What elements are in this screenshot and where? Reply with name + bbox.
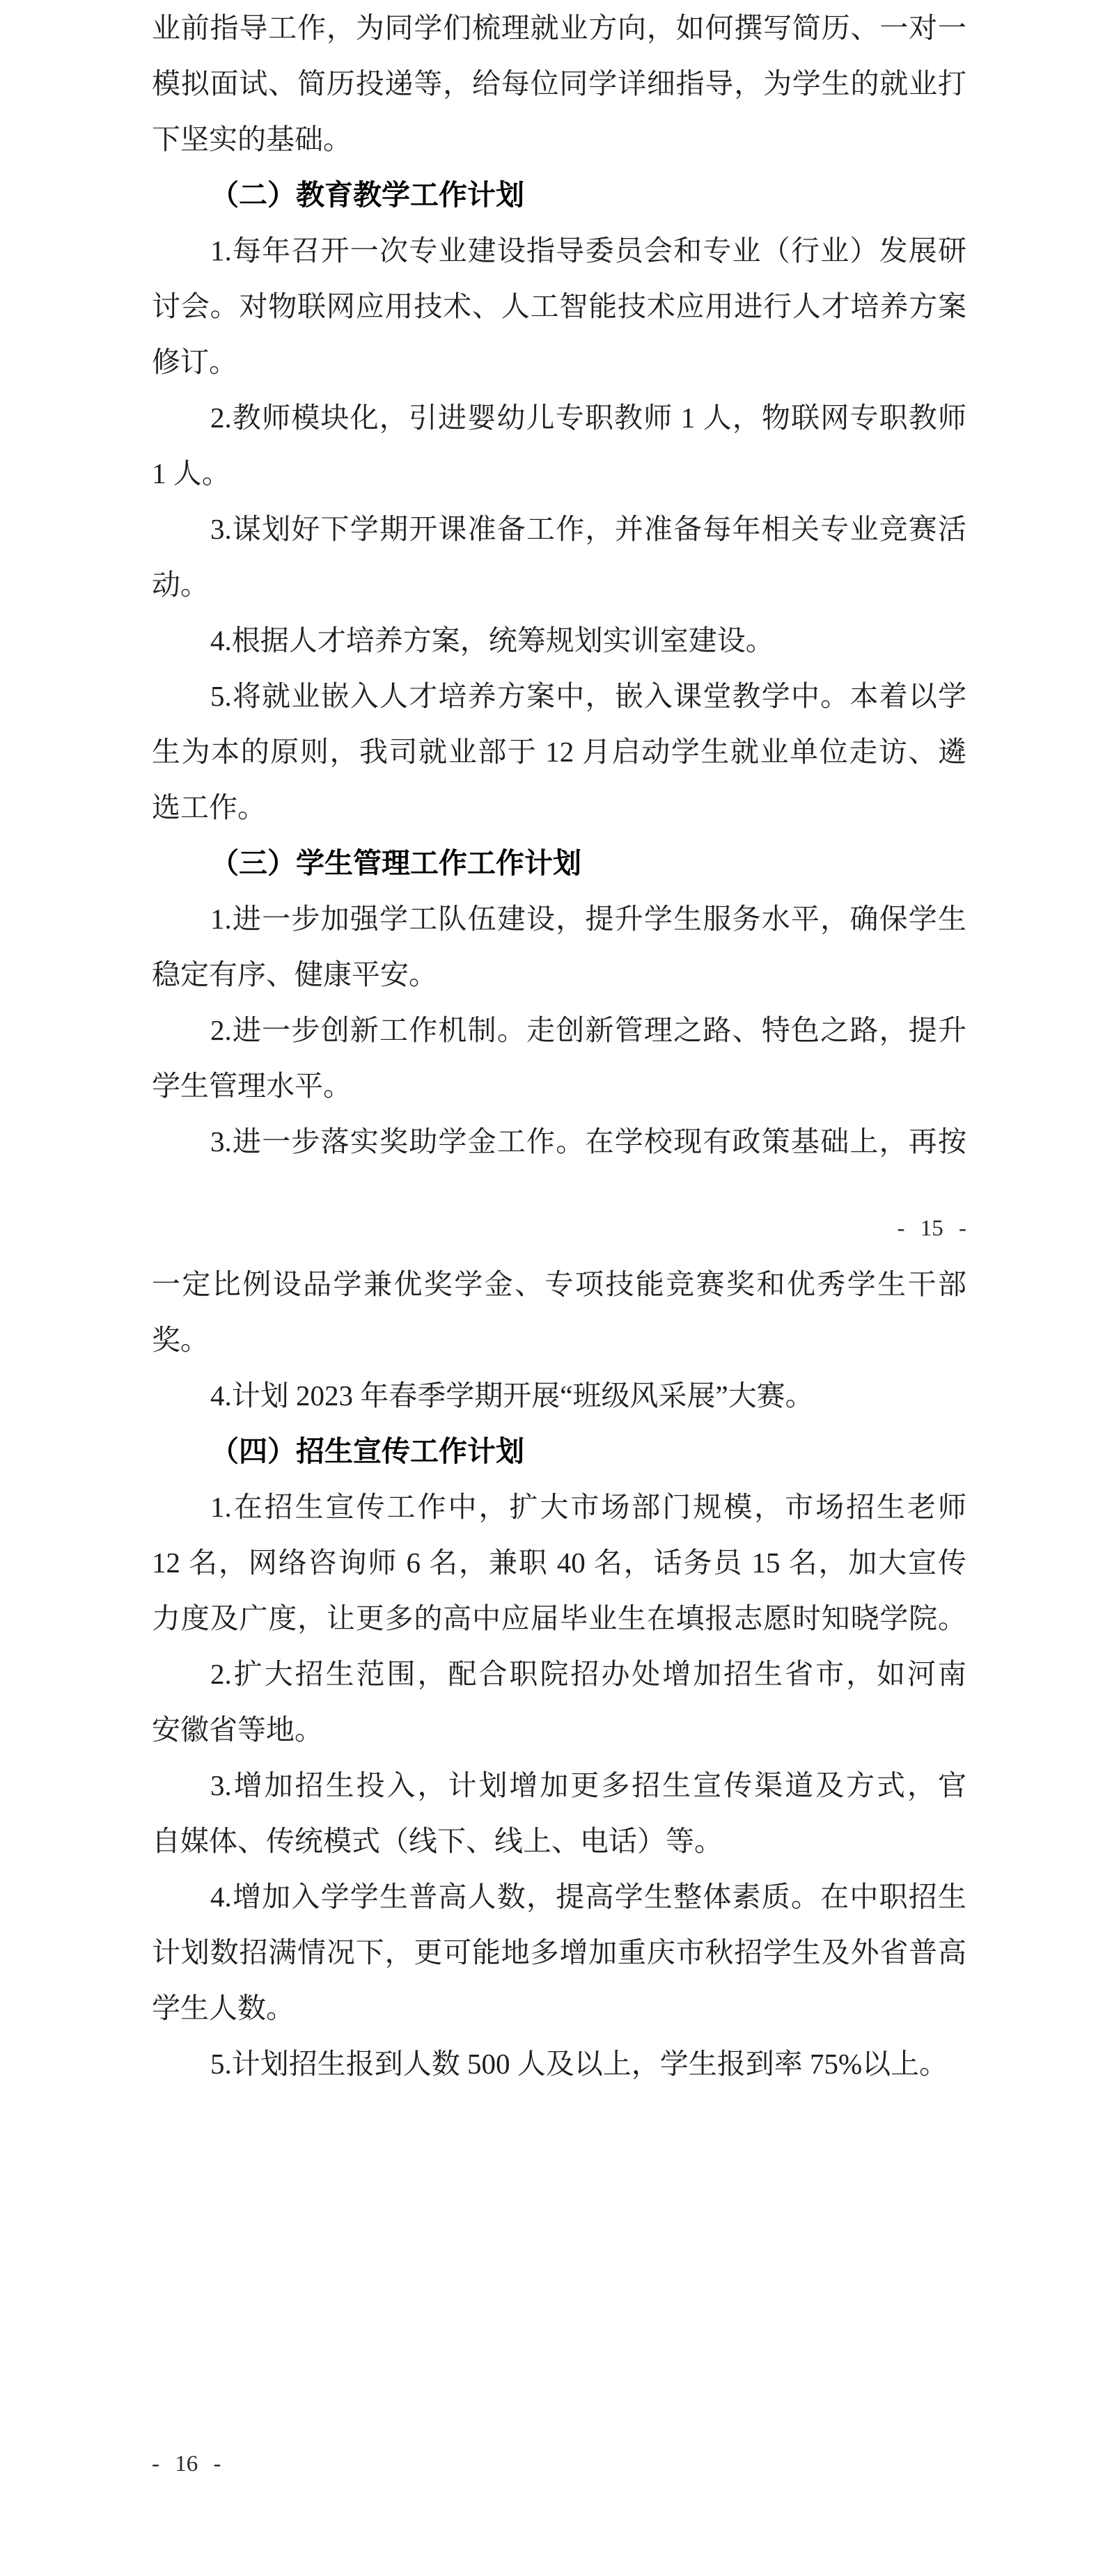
text-line: 2.扩大招生范围，配合职院招办处增加招生省市，如河南省、 [152, 1646, 966, 1702]
text-line: 业前指导工作，为同学们梳理就业方向，如何撰写简历、一对一 [152, 0, 966, 56]
text-line: 3.进一步落实奖助学金工作。在学校现有政策基础上，再按 [152, 1114, 966, 1169]
heading-education-teaching-plan: （二）教育教学工作计划 [152, 167, 966, 223]
text-line: 1.在招生宣传工作中，扩大市场部门规模，市场招生老师 [152, 1479, 966, 1535]
text-line: 修订。 [152, 334, 966, 390]
text-line: 4.增加入学学生普高人数，提高学生整体素质。在中职招生 [152, 1869, 966, 1925]
text-line: 讨会。对物联网应用技术、人工智能技术应用进行人才培养方案 [152, 278, 966, 334]
text-line: 4.计划 2023 年春季学期开展“班级风采展”大赛。 [152, 1368, 966, 1423]
text-line: 生为本的原则，我司就业部于 12 月启动学生就业单位走访、遴 [152, 724, 966, 780]
page-number-15: - 15 - [152, 1201, 966, 1256]
heading-enrollment-promotion-plan: （四）招生宣传工作计划 [152, 1423, 966, 1479]
text-line: 5.将就业嵌入人才培养方案中，嵌入课堂教学中。本着以学 [152, 668, 966, 724]
text-line: 一定比例设品学兼优奖学金、专项技能竞赛奖和优秀学生干部 [152, 1256, 966, 1312]
text-line: 4.根据人才培养方案，统筹规划实训室建设。 [152, 613, 966, 668]
page-number-16: - 16 - [152, 2436, 966, 2492]
page-15: 业前指导工作，为同学们梳理就业方向，如何撰写简历、一对一 模拟面试、简历投递等，… [152, 0, 966, 1256]
text-line: 2.教师模块化，引进婴幼儿专职教师 1 人，物联网专职教师 [152, 390, 966, 445]
text-line: 下坚实的基础。 [152, 111, 966, 167]
text-line: 奖。 [152, 1312, 966, 1368]
heading-student-management-plan: （三）学生管理工作工作计划 [152, 835, 966, 891]
text-line: 3.增加招生投入，计划增加更多招生宣传渠道及方式，官方、 [152, 1757, 966, 1813]
text-line: 学生管理水平。 [152, 1058, 966, 1114]
text-line: 3.谋划好下学期开课准备工作，并准备每年相关专业竞赛活 [152, 501, 966, 557]
text-line: 动。 [152, 557, 966, 613]
text-line: 1 人。 [152, 445, 966, 501]
text-line: 1.进一步加强学工队伍建设，提升学生服务水平，确保学生 [152, 891, 966, 947]
text-line: 稳定有序、健康平安。 [152, 947, 966, 1002]
text-line: 模拟面试、简历投递等，给每位同学详细指导，为学生的就业打 [152, 56, 966, 111]
text-line: 计划数招满情况下，更可能地多增加重庆市秋招学生及外省普高 [152, 1925, 966, 1980]
text-line: 学生人数。 [152, 1980, 966, 2036]
text-line: 力度及广度，让更多的高中应届毕业生在填报志愿时知晓学院。 [152, 1590, 966, 1646]
text-line: 1.每年召开一次专业建设指导委员会和专业（行业）发展研 [152, 223, 966, 278]
text-line: 安徽省等地。 [152, 1702, 966, 1757]
text-line: 2.进一步创新工作机制。走创新管理之路、特色之路，提升 [152, 1002, 966, 1058]
text-line: 12 名，网络咨询师 6 名，兼职 40 名，话务员 15 名，加大宣传 [152, 1535, 966, 1590]
text-line: 自媒体、传统模式（线下、线上、电话）等。 [152, 1813, 966, 1869]
text-line: 选工作。 [152, 780, 966, 835]
page-16: 一定比例设品学兼优奖学金、专项技能竞赛奖和优秀学生干部 奖。 4.计划 2023… [152, 1256, 966, 2492]
text-line: 5.计划招生报到人数 500 人及以上，学生报到率 75%以上。 [152, 2036, 966, 2092]
document: 业前指导工作，为同学们梳理就业方向，如何撰写简历、一对一 模拟面试、简历投递等，… [0, 0, 1105, 2576]
